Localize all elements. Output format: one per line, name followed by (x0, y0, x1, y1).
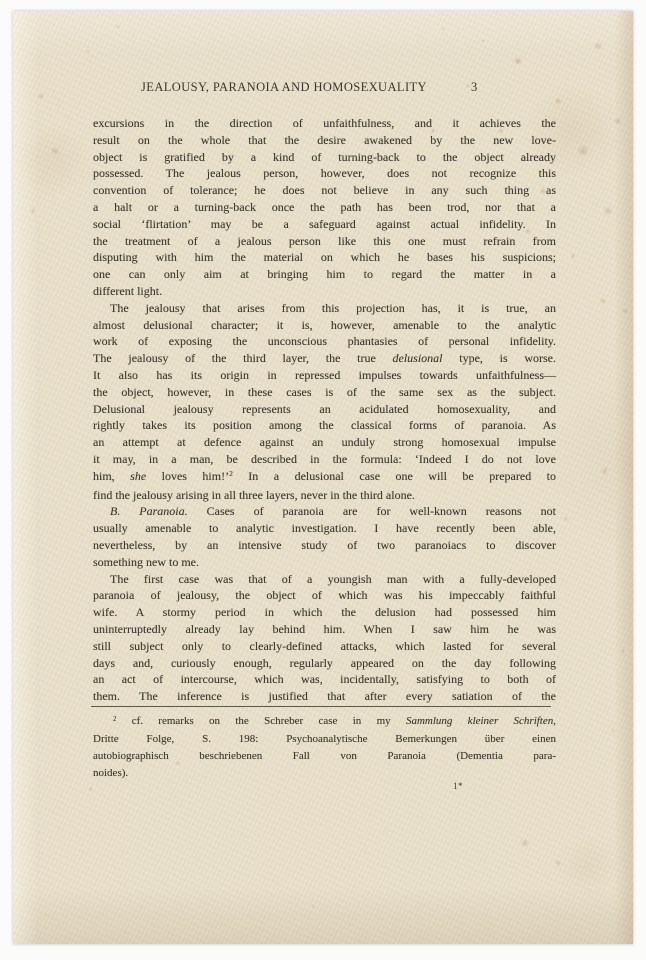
text-line: excursions in the direction of unfaithfu… (93, 115, 556, 132)
text-line: the object, however, in these cases is o… (93, 384, 556, 401)
text-line: wife. A stormy period in which the delus… (93, 604, 556, 621)
text-line: something new to me. (93, 554, 556, 571)
text-line: convention of tolerance; he does not bel… (93, 182, 556, 199)
running-head: JEALOUSY, PARANOIA AND HOMOSEXUALITY 3 (13, 80, 633, 98)
text-line: still subject only to clearly-defined at… (93, 638, 556, 655)
text-line: different light. (93, 283, 556, 300)
text-line: 2 cf. remarks on the Schreber case in my… (93, 713, 556, 731)
text-line: noides). (93, 765, 556, 782)
text-line: usually amenable to analytic investigati… (93, 520, 556, 537)
text-line: it may, in a man, be described in the fo… (93, 451, 556, 468)
text-line: an attempt at defence against an unduly … (93, 434, 556, 451)
text-line: nevertheless, by an intensive study of t… (93, 537, 556, 554)
text-line: Delusional jealousy represents an acidul… (93, 401, 556, 418)
text-line: him, she loves him!’2 In a delusional ca… (93, 468, 556, 487)
scanned-page-background: JEALOUSY, PARANOIA AND HOMOSEXUALITY 3 e… (0, 0, 646, 960)
text-line: It also has its origin in repressed impu… (93, 367, 556, 384)
text-line: one can only aim at bringing him to rega… (93, 266, 556, 283)
text-line: The jealousy of the third layer, the tru… (93, 350, 556, 367)
chapter-title: JEALOUSY, PARANOIA AND HOMOSEXUALITY (141, 80, 427, 95)
text-line: almost delusional character; it is, howe… (93, 317, 556, 334)
text-line: a halt or a turning-back once the path h… (93, 199, 556, 216)
text-line: an act of intercourse, which was, incide… (93, 671, 556, 688)
text-line: them. The inference is justified that af… (93, 688, 556, 705)
text-line: the treatment of a jealous person like t… (93, 233, 556, 250)
text-line: work of exposing the unconscious phantas… (93, 333, 556, 350)
text-line: result on the whole that the desire awak… (93, 132, 556, 149)
page-number: 3 (471, 80, 477, 95)
text-line: uninterruptedly already lay behind him. … (93, 621, 556, 638)
text-line: The jealousy that arises from this proje… (93, 300, 556, 317)
text-line: The first case was that of a youngish ma… (93, 571, 556, 588)
text-line: object is gratified by a kind of turning… (93, 149, 556, 166)
text-line: autobiographisch beschriebenen Fall von … (93, 748, 556, 765)
text-line: days and, curiously enough, regularly ap… (93, 655, 556, 672)
text-line: rightly takes its position among the cla… (93, 417, 556, 434)
text-line: B. Paranoia. Cases of paranoia are for w… (93, 503, 556, 520)
body-text: excursions in the direction of unfaithfu… (93, 115, 556, 705)
footnote: 2 cf. remarks on the Schreber case in my… (93, 713, 556, 782)
text-line: possessed. The jealous person, however, … (93, 165, 556, 182)
text-line: find the jealousy arising in all three l… (93, 487, 556, 504)
printers-signature-mark: 1* (453, 781, 463, 791)
text-line: paranoia of jealousy, the object of whic… (93, 587, 556, 604)
text-line: Dritte Folge, S. 198: Psychoanalytische … (93, 731, 556, 748)
text-line: social ‘flirtation’ may be a safeguard a… (93, 216, 556, 233)
text-line: disputing with him the material on which… (93, 249, 556, 266)
book-page: JEALOUSY, PARANOIA AND HOMOSEXUALITY 3 e… (13, 11, 633, 944)
footnote-divider (91, 706, 551, 707)
